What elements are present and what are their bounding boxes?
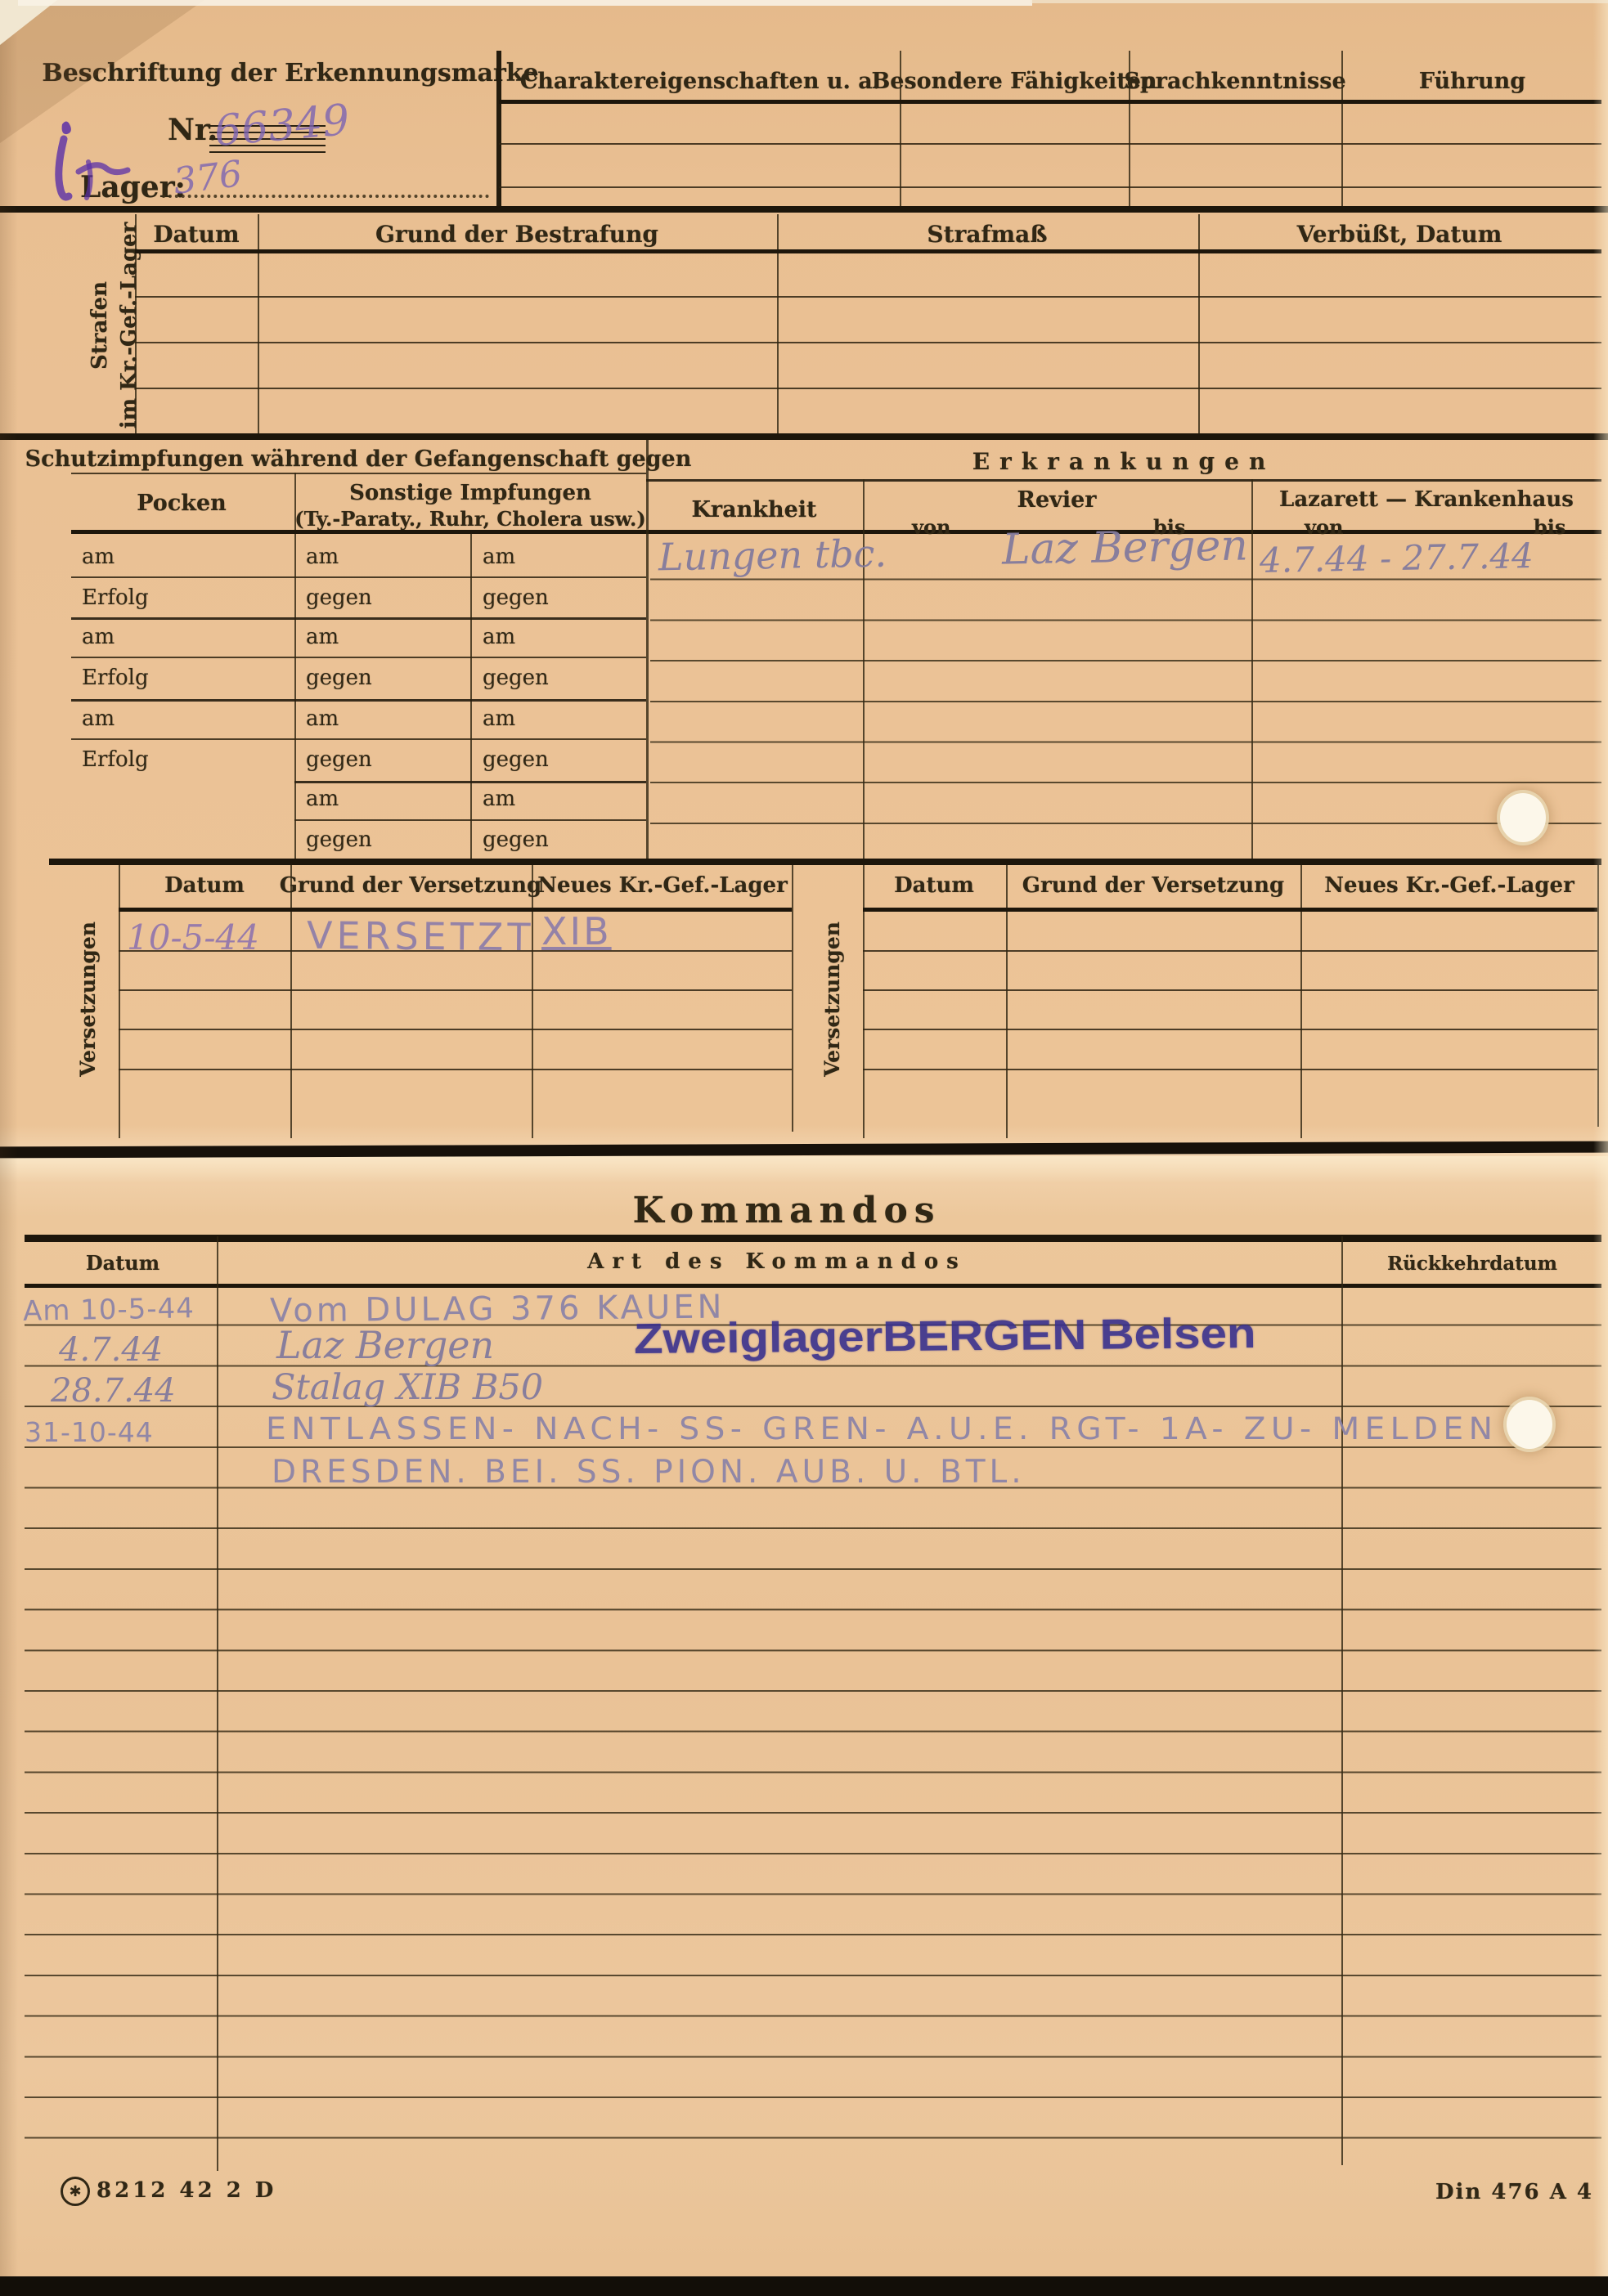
strafen-side-label-line1: Strafen xyxy=(85,281,115,370)
pocken-am-2: am xyxy=(82,625,115,649)
versetzung-neues-entry: XIB xyxy=(541,909,612,953)
erkrankungen-ruled-rows xyxy=(650,540,1601,863)
kommando-3-art: Stalag XIB B50 xyxy=(272,1367,543,1408)
pocken-am-3: am xyxy=(82,706,115,731)
traits-col-1: Charaktereigenschaften u. a. xyxy=(520,69,880,94)
scan-bottom-strip xyxy=(0,2276,1608,2296)
traits-col-3: Sprachkenntnisse xyxy=(1124,69,1345,94)
pocken-erfolg-2: Erfolg xyxy=(82,666,149,690)
sonstB-gegen-4: gegen xyxy=(483,827,549,852)
scan-right-edge xyxy=(1593,0,1608,2296)
impfungen-col-sonstige-2: (Ty.-Paraty., Ruhr, Cholera usw.) xyxy=(294,507,645,531)
erkennungsmarke-number-value: 66349 xyxy=(213,96,352,156)
punch-hole-bottom xyxy=(1507,1400,1552,1449)
erkrankungen-col-krankheit: Krankheit xyxy=(691,497,816,522)
printer-union-mark-icon: ✱ xyxy=(61,2177,90,2206)
erkrankungen-title: Erkrankungen xyxy=(972,448,1276,475)
strafen-col-verbuesst: Verbüßt, Datum xyxy=(1297,221,1502,248)
pow-record-card-scan: Beschriftung der Erkennungsmarke Nr. 663… xyxy=(0,0,1608,2296)
scan-left-edge xyxy=(0,0,18,2296)
sonstA-am-4: am xyxy=(306,787,339,811)
sonstA-gegen-4: gegen xyxy=(306,827,372,852)
kommando-3-datum: 28.7.44 xyxy=(51,1372,176,1410)
purple-ink-blot xyxy=(39,114,162,221)
section-divider-3 xyxy=(49,859,1601,865)
kommandos-col-art: Art des Kommandos xyxy=(587,1249,967,1274)
sonstA-am-2: am xyxy=(306,625,339,649)
sonstB-am-1: am xyxy=(483,545,515,569)
erkrankungen-col-revier: Revier xyxy=(1017,487,1097,513)
krankheit-entry: Lungen tbc. xyxy=(658,531,887,580)
footer-print-code: 8212 42 2 D xyxy=(97,2178,276,2203)
sonstA-gegen-3: gegen xyxy=(306,747,372,772)
scan-top-edge-2 xyxy=(1031,0,1608,3)
kommando-2-art: Laz Bergen xyxy=(276,1323,494,1367)
versetzungen-right-side-label-text: Versetzungen xyxy=(820,922,844,1077)
revier-von-label: von xyxy=(912,515,950,539)
impfungen-title: Schutzimpfungen während der Gefangenscha… xyxy=(25,446,692,472)
scan-top-edge xyxy=(18,0,1032,6)
strafen-col-strafmass: Strafmaß xyxy=(927,221,1047,248)
impfungen-col-pocken: Pocken xyxy=(137,491,227,516)
sonstB-am-3: am xyxy=(483,706,515,731)
versetzungen-right-side-label: Versetzungen xyxy=(815,901,848,1097)
vl-col-neues: Neues Kr.-Gef.-Lager xyxy=(537,873,788,898)
impfungen-col-sonstige-1: Sonstige Impfungen xyxy=(349,481,591,505)
sonstA-gegen-1: gegen xyxy=(306,585,372,610)
sonstA-am-1: am xyxy=(306,545,339,569)
kommando-4-art: ENTLASSEN- NACH- SS- GREN- A.U.E. RGT- 1… xyxy=(266,1411,1498,1446)
versetzung-datum-entry: 10-5-44 xyxy=(127,917,259,957)
sonstB-am-4: am xyxy=(483,787,515,811)
section-divider-1 xyxy=(0,206,1608,213)
versetzungen-left-side-label-text: Versetzungen xyxy=(76,922,100,1077)
kommando-1-datum: Am 10-5-44 xyxy=(23,1292,195,1328)
lager-dotted-line xyxy=(162,172,489,198)
erkrankungen-col-lazarett: Lazarett — Krankenhaus xyxy=(1279,487,1574,512)
traits-col-2: Besondere Fähigkeiten xyxy=(871,69,1157,94)
footer-din-code: Din 476 A 4 xyxy=(1435,2180,1593,2204)
pocken-am-1: am xyxy=(82,545,115,569)
bergen-belsen-stamp: ZweiglagerBERGEN Belsen xyxy=(634,1309,1256,1364)
sonstB-gegen-1: gegen xyxy=(483,585,549,610)
kommandos-col-rueckkehr: Rückkehrdatum xyxy=(1387,1253,1557,1275)
kommando-2-datum: 4.7.44 xyxy=(59,1331,163,1369)
vr-col-datum: Datum xyxy=(894,873,974,898)
kommandos-col-datum: Datum xyxy=(86,1251,159,1275)
sonstB-gegen-3: gegen xyxy=(483,747,549,772)
lazarett-bis-label: bis xyxy=(1534,515,1565,539)
sonstA-gegen-2: gegen xyxy=(306,666,372,690)
traits-col-4: Führung xyxy=(1419,69,1525,94)
sonstA-am-3: am xyxy=(306,706,339,731)
kommando-5-art: DRESDEN. BEI. SS. PION. AUB. U. BTL. xyxy=(272,1454,1026,1491)
vr-col-neues: Neues Kr.-Gef.-Lager xyxy=(1324,873,1574,898)
card-fold-highlight xyxy=(0,1156,1608,1182)
kommandos-title: Kommandos xyxy=(632,1190,941,1231)
strafen-col-grund: Grund der Bestrafung xyxy=(375,221,658,248)
id-block-title: Beschriftung der Erkennungsmarke xyxy=(42,59,538,87)
revier-entry: Laz Bergen xyxy=(1001,521,1248,574)
lazarett-von-label: von xyxy=(1305,515,1343,539)
versetzung-grund-entry: VERSETZT xyxy=(307,913,535,959)
vr-col-grund: Grund der Versetzung xyxy=(1022,873,1284,898)
punch-hole-top xyxy=(1500,793,1546,842)
vl-col-grund: Grund der Versetzung xyxy=(280,873,541,898)
strafen-col-datum: Datum xyxy=(153,221,239,248)
sonstB-gegen-2: gegen xyxy=(483,666,549,690)
strafen-side-label: Strafen im Kr.-Gef.-Lager xyxy=(82,215,147,436)
lazarett-entry: 4.7.44 - 27.7.44 xyxy=(1260,536,1534,581)
versetzungen-left-side-label: Versetzungen xyxy=(71,901,104,1097)
pocken-erfolg-3: Erfolg xyxy=(82,747,149,772)
kommando-4-datum: 31-10-44 xyxy=(25,1416,154,1448)
sonstB-am-2: am xyxy=(483,625,515,649)
vl-col-datum: Datum xyxy=(164,873,245,898)
pocken-erfolg-1: Erfolg xyxy=(82,585,149,610)
section-divider-2 xyxy=(0,433,1608,440)
